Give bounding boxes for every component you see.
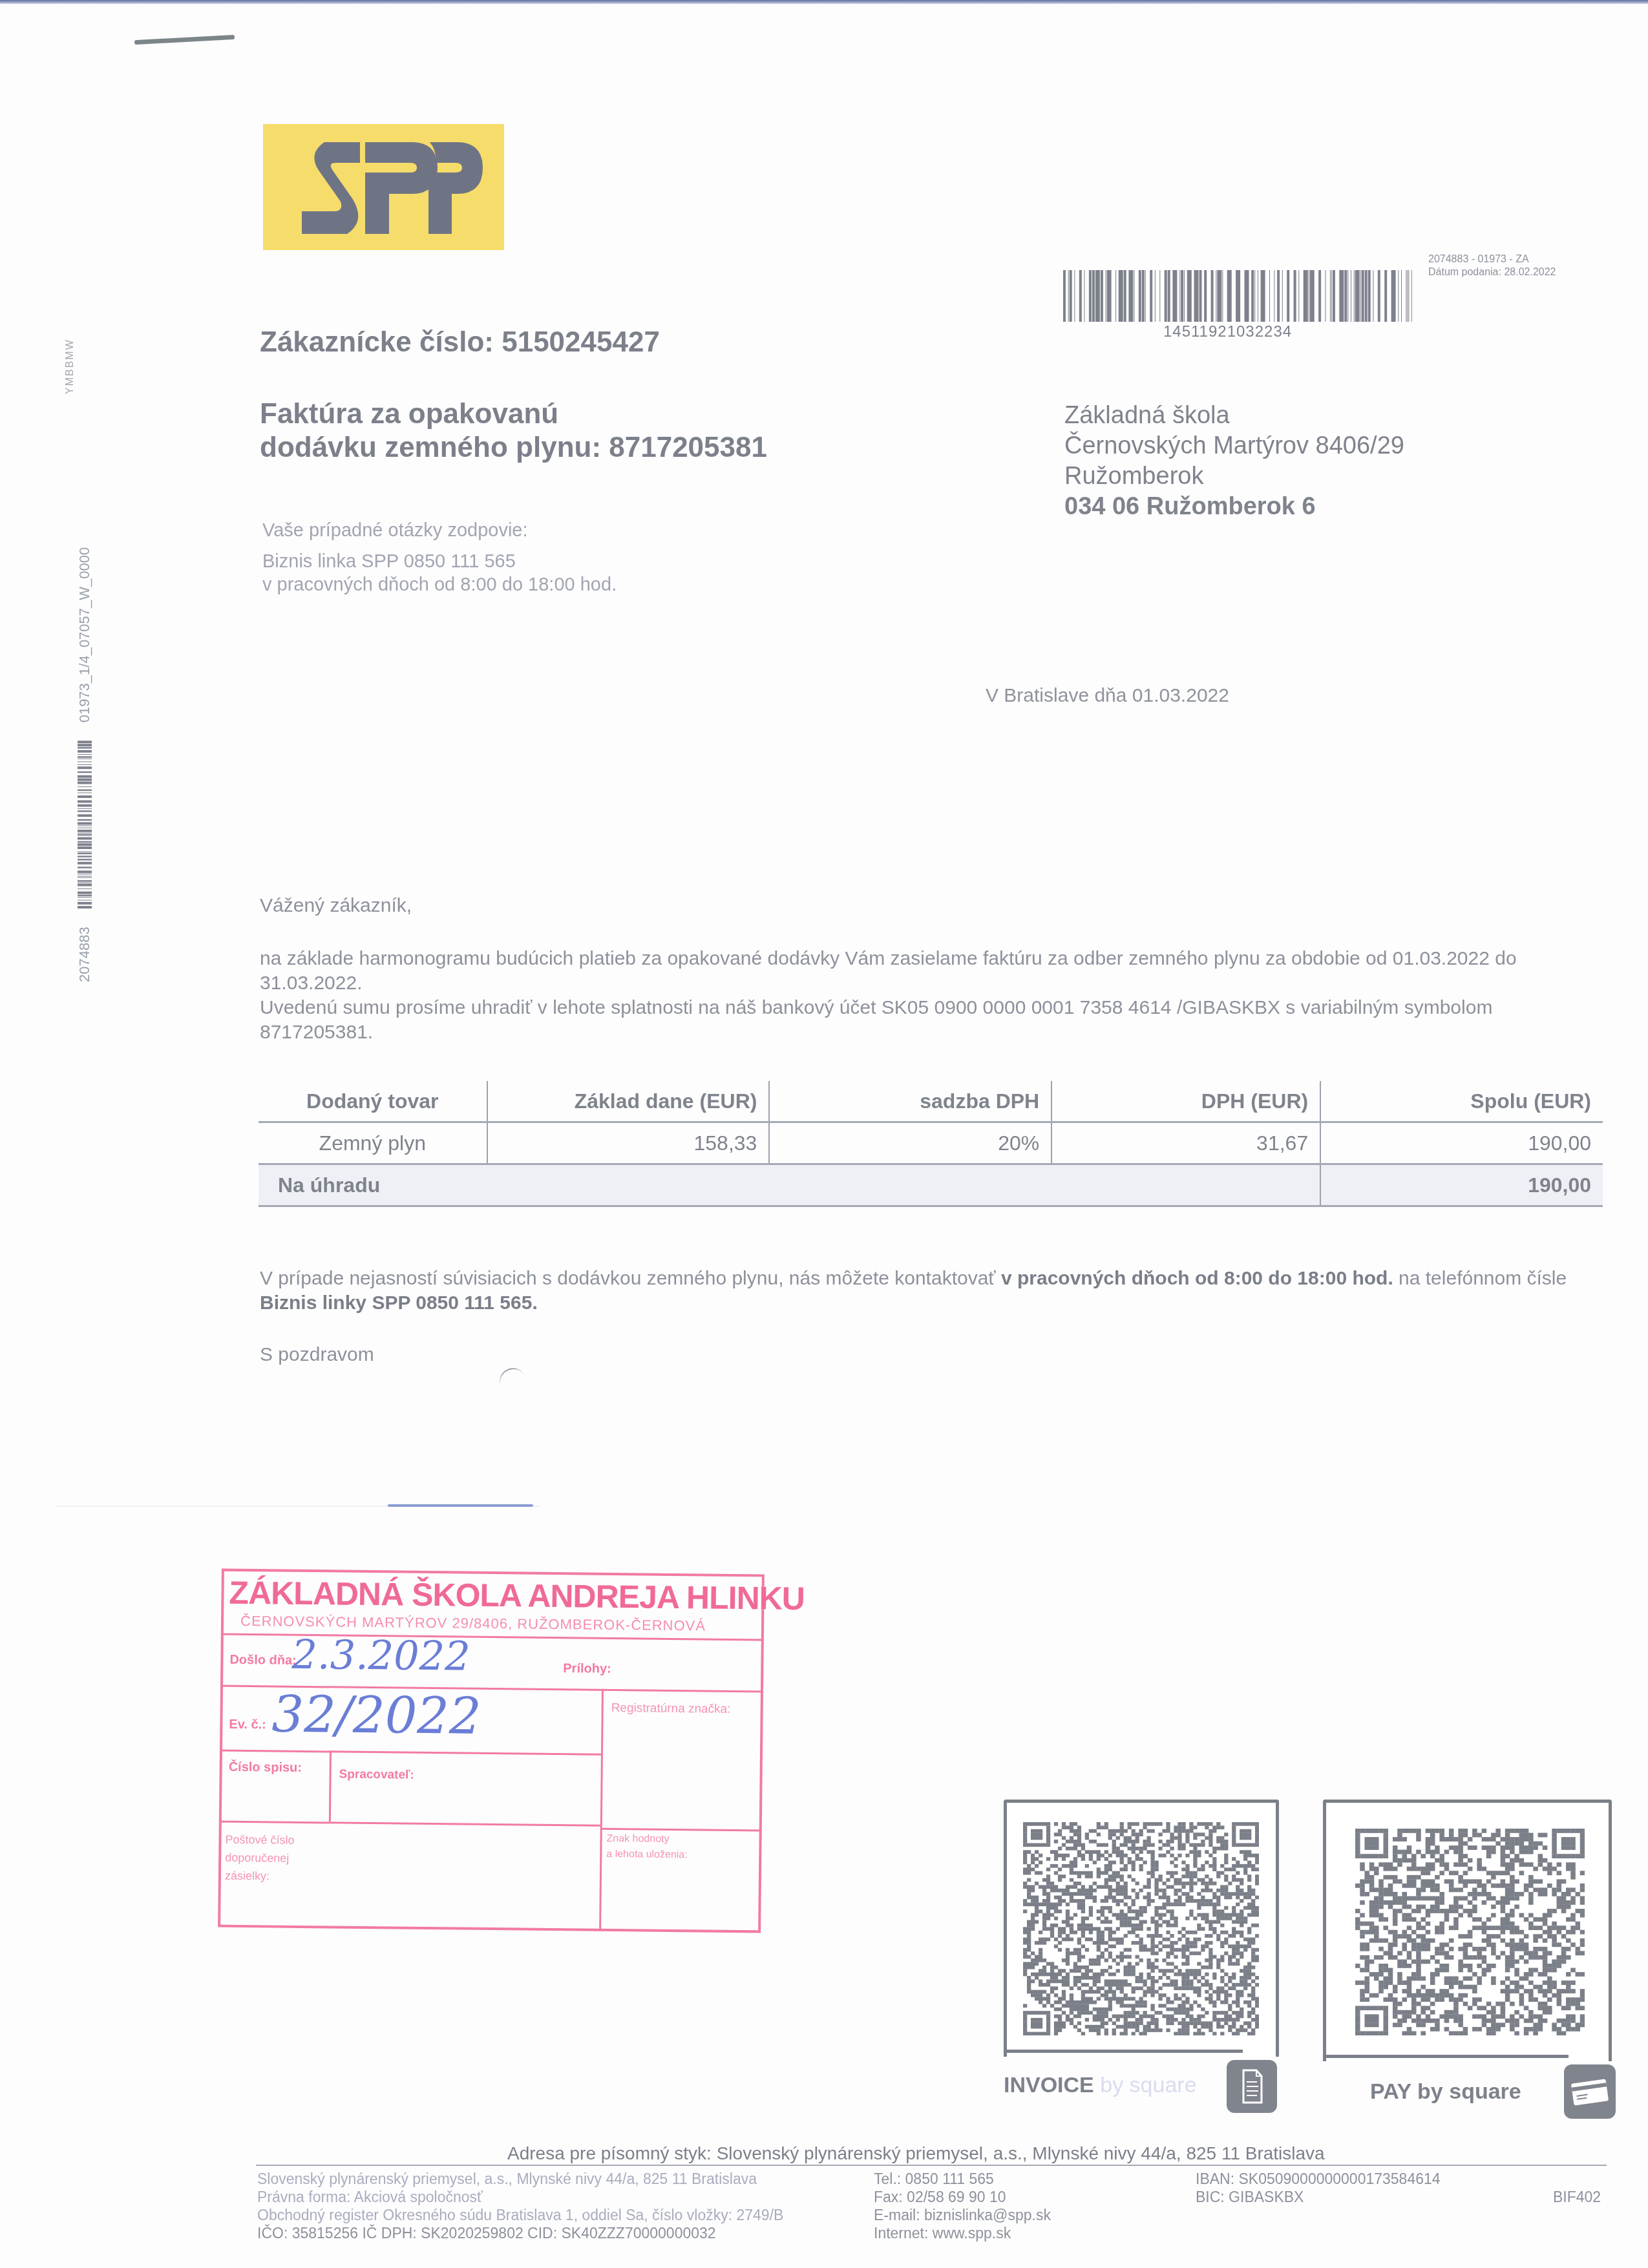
credit-card-icon [1564,2064,1616,2119]
pay-qr-code[interactable] [1355,1829,1585,2035]
retention-label: Znak hodnoty a lehota uloženia: [606,1831,688,1863]
attachments-label: Prílohy: [563,1661,611,1677]
contact-details: Tel.: 0850 111 565 Fax: 02/58 69 90 10 E… [874,2170,1051,2242]
email-link[interactable]: E-mail: biznislinka@spp.sk [874,2206,1051,2224]
ev-number: 32/2022 [271,1685,481,1745]
side-code: 01973_1/4_07057_W_0000 [76,547,93,723]
body-paragraph-1: na základe harmonogramu budúcich platieb… [260,947,1611,996]
table-header-row: Dodaný tovar Základ dane (EUR) sadzba DP… [259,1081,1603,1122]
bank-details: IBAN: SK0509000000000173584614 BIC: GIBA… [1196,2170,1441,2206]
form-code: BIF402 [1553,2188,1601,2206]
reference-code: 2074883 - 01973 - ZA Dátum podania: 28.0… [1428,253,1556,279]
side-print: 2074883 01973_1/4_07057_W_0000 [76,547,93,982]
invoice-table: Dodaný tovar Základ dane (EUR) sadzba DP… [259,1081,1603,1207]
recipient-address: Základná škola Černovských Martýrov 8406… [1064,401,1404,522]
invoice-by-square-label: INVOICE by square [1004,2073,1197,2098]
pay-by-square-label: PAY by square [1370,2079,1521,2105]
salutation: Vážený zákazník, [260,895,412,917]
invoice-qr-code[interactable] [1023,1822,1259,2035]
barcode-number: 14511921032234 [1163,323,1292,341]
registry-label: Registratúrna značka: [611,1699,731,1719]
total-row: Na úhradu 190,00 [259,1164,1603,1206]
closing-paragraph: V prípade nejasností súvisiacich s dodáv… [260,1266,1617,1316]
invoice-title: Faktúra za opakovanú dodávku zemného ply… [260,397,767,465]
col-goods: Dodaný tovar [259,1081,487,1122]
postal-address: Adresa pre písomný styk: Slovenský plyná… [507,2143,1325,2164]
ev-label: Ev. č.: [229,1717,266,1733]
pay-qr-frame [1323,1800,1612,2061]
ref-code-text: 2074883 - 01973 - ZA [1428,253,1556,266]
col-vat: DPH (EUR) [1051,1081,1320,1122]
place-date: V Bratislave dňa 01.03.2022 [986,685,1229,707]
table-row: Zemný plyn 158,33 20% 31,67 190,00 [259,1122,1603,1164]
website-link[interactable]: Internet: www.spp.sk [874,2224,1051,2242]
document-icon [1227,2060,1277,2113]
document-barcode [1063,270,1412,322]
staple-mark [134,35,235,45]
col-total: Spolu (EUR) [1320,1081,1603,1122]
spp-logo-icon [263,124,504,250]
file-number-label: Číslo spisu: [229,1760,302,1776]
side-number: 2074883 [76,927,93,982]
contact-info: Vaše prípadné otázky zodpovie: Biznis li… [262,519,617,596]
col-tax-base: Základ dane (EUR) [487,1081,770,1122]
body-paragraph-2: Uvedenú sumu prosíme uhradiť v lehote sp… [260,996,1611,1045]
registry-stamp: ZÁKLADNÁ ŠKOLA ANDREJA HLINKU ČERNOVSKÝC… [218,1569,765,1933]
pen-line [388,1504,533,1507]
received-date: 2.3.2022 [291,1631,470,1680]
company-info: Slovenský plynárenský priemysel, a.s., M… [257,2170,783,2242]
col-vat-rate: sadzba DPH [769,1081,1051,1122]
letter-body: na základe harmonogramu budúcich platieb… [260,947,1611,1045]
total-label: Na úhradu [259,1164,1320,1206]
customer-number: Zákaznícke číslo: 5150245427 [260,326,660,359]
stamp-title: ZÁKLADNÁ ŠKOLA ANDREJA HLINKU [229,1574,805,1617]
received-label: Došlo dňa: [229,1653,297,1668]
signature-mark [496,1364,525,1389]
side-barcode [78,740,92,908]
postal-number-label: Poštové číslo doporučenej zásielky: [225,1831,295,1885]
total-value: 190,00 [1320,1164,1603,1206]
spp-logo [263,124,504,250]
footer-divider [256,2165,1607,2166]
side-top-mark: YMBBMW [65,339,76,394]
submission-date: Dátum podania: 28.02.2022 [1428,266,1556,279]
scan-top-edge [0,0,1648,4]
invoice-qr-frame [1004,1800,1279,2057]
handler-label: Spracovateľ: [339,1768,414,1783]
regards: S pozdravom [260,1344,374,1366]
